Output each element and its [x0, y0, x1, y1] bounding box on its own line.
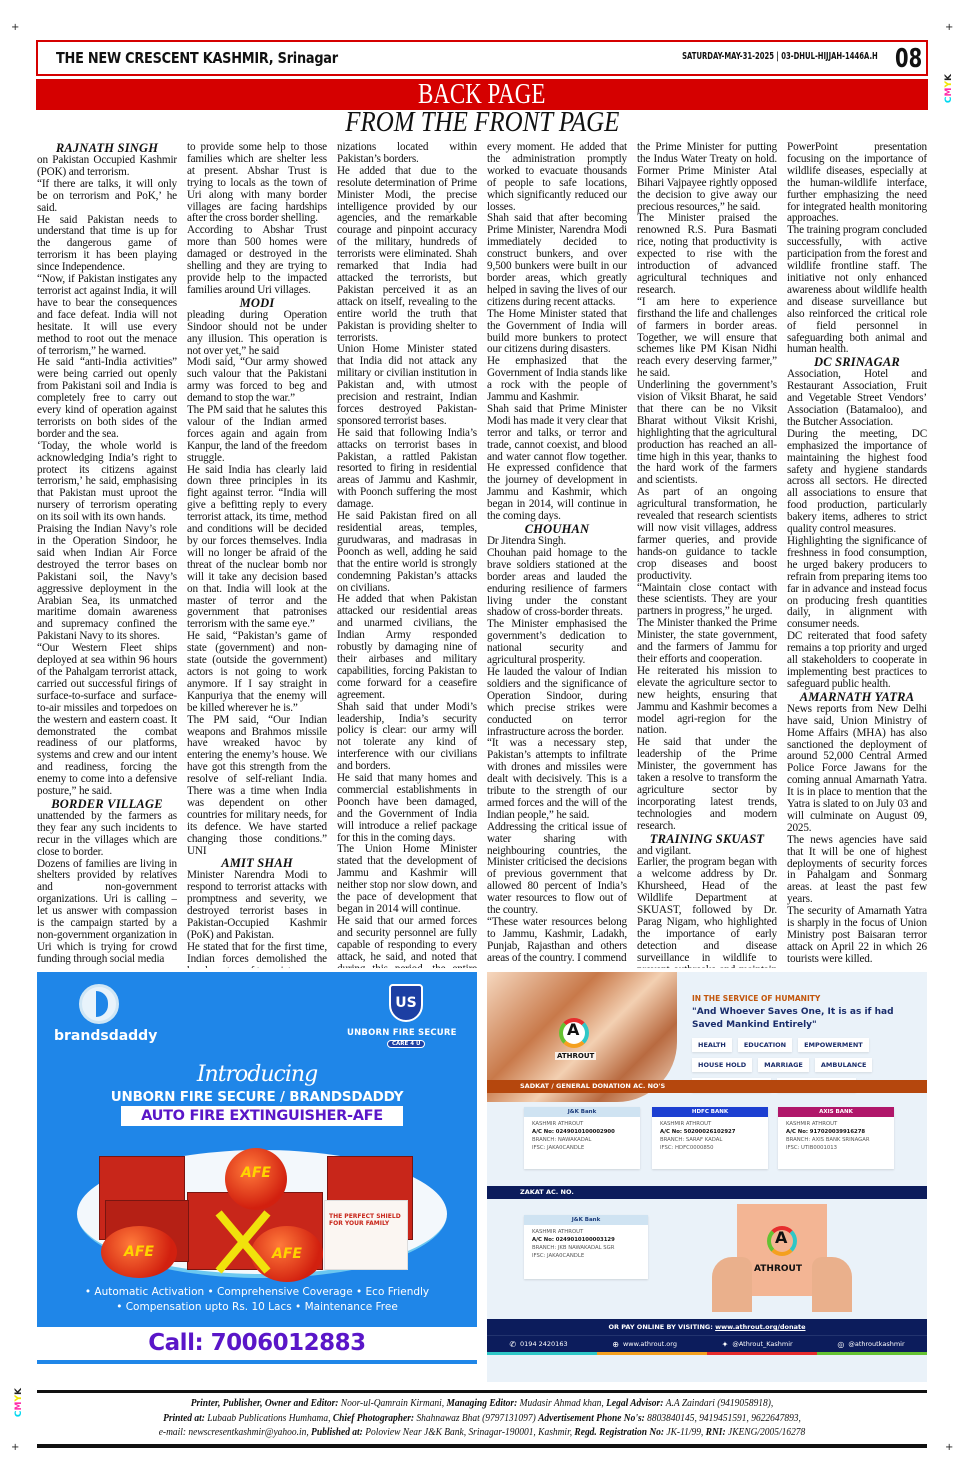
- article-paragraph: He said that under the leadership of the…: [637, 737, 777, 832]
- article-paragraph: Association, Hotel and Restaurant Associ…: [787, 369, 927, 429]
- imprint-value: JKENG/2005/16278: [728, 1426, 805, 1438]
- service-chip: EDUCATION: [738, 1038, 792, 1052]
- fire-ball-icon: AFE: [251, 1226, 323, 1282]
- unborn-fire-secure-tagline: CARE 4 U: [387, 1040, 425, 1048]
- donate-link[interactable]: www.athrout.org/donate: [715, 1323, 805, 1331]
- globe-icon: ⊕: [612, 1340, 619, 1349]
- article-paragraph: Shah said that after becoming Prime Mini…: [487, 213, 627, 308]
- article-paragraph: Union Home Minister stated that India di…: [337, 344, 477, 427]
- account-name: KASHMIR ATHROUT: [786, 1120, 886, 1128]
- article-paragraph: He lauded the valour of Indian soldiers …: [487, 667, 627, 738]
- article-paragraph: Shah said that under Modi’s leadership, …: [337, 702, 477, 773]
- ad-intro-script: Introducing: [37, 1062, 477, 1087]
- column-5: the Prime Minister for putting the Indus…: [637, 142, 777, 968]
- article-subheading: BORDER VILLAGE: [37, 798, 177, 811]
- contact-phone[interactable]: ✆0194 2420163: [509, 1340, 567, 1349]
- ad-brand-line: UNBORN FIRE SECURE / BRANDSDADDY: [37, 1089, 477, 1105]
- article-paragraph: Dozens of families are living in shelter…: [37, 859, 177, 966]
- article-paragraph: to provide some help to those families w…: [187, 142, 327, 225]
- article-paragraph: “Now, if Pakistan instigates any terrori…: [37, 274, 177, 357]
- article-paragraph: “Our Western Fleet ships deployed at sea…: [37, 643, 177, 798]
- article-paragraph: He reiterated his mission to elevate the…: [637, 666, 777, 737]
- registration-mark-top-left: +: [11, 23, 19, 33]
- hand-right-image: [812, 1257, 852, 1312]
- imprint-value: 8803840145, 9419451591, 9622647893,: [647, 1412, 801, 1424]
- cmyk-color-bar-bottom: CMYK: [15, 1388, 24, 1417]
- article-paragraph: The PM said that he salutes this valour …: [187, 405, 327, 465]
- imprint-label: Managing Editor:: [447, 1397, 520, 1409]
- article-paragraph: He said that many homes and commercial e…: [337, 773, 477, 844]
- cmyk-c: C: [944, 96, 954, 103]
- sadkat-heading: SADKAT / GENERAL DONATION AC. NO'S: [487, 1080, 927, 1093]
- ad-bottom-bar: [37, 1360, 477, 1364]
- article-subheading: AMARNATH YATRA: [787, 691, 927, 704]
- registration-mark-top-right: +: [945, 23, 953, 33]
- article-paragraph: every moment. He added that the administ…: [487, 142, 627, 213]
- service-chip: EMPOWERMENT: [798, 1038, 869, 1052]
- cmyk-m: M: [14, 1402, 24, 1411]
- account-ifsc: IFSC: HDFC0000850: [660, 1144, 760, 1152]
- article-paragraph: Shah said that Prime Minister Modi has m…: [487, 404, 627, 523]
- article-paragraph: The Minister thanked the Prime Minister,…: [637, 618, 777, 666]
- article-paragraph: He said “anti-India activities” were bei…: [37, 357, 177, 440]
- cmyk-y: Y: [14, 1395, 24, 1402]
- imprint-line-1: Printer, Publisher, Owner and Editor: No…: [99, 1396, 864, 1411]
- article-paragraph: He emphasized that the Government of Ind…: [487, 356, 627, 404]
- bank-card-axis: AXIS BANK KASHMIR ATHROUT A/C No: 917020…: [778, 1107, 894, 1169]
- imprint-line-2: Printed at: Lubaab Publications Humhama,…: [99, 1411, 864, 1426]
- article-paragraph: “If there are talks, it will only be on …: [37, 179, 177, 215]
- contact-website[interactable]: ⊕www.athrout.org: [612, 1340, 677, 1349]
- article-paragraph: The PM said, “Our Indian weapons and Bra…: [187, 715, 327, 858]
- article-subheading: MODI: [187, 297, 327, 310]
- contact-website-text: www.athrout.org: [623, 1340, 677, 1348]
- contact-instagram-text: @athroutkashmir: [848, 1340, 904, 1348]
- account-ifsc: IFSC: JAKA0CANDLE: [532, 1144, 632, 1152]
- article-paragraph: The Minister emphasised the government’s…: [487, 619, 627, 667]
- article-paragraph: DC reiterated that food safety remains a…: [787, 631, 927, 691]
- article-paragraph: Highlighting the significance of freshne…: [787, 536, 927, 631]
- cmyk-k: K: [14, 1388, 24, 1395]
- account-branch: BRANCH: SARAF KADAL: [660, 1136, 760, 1144]
- column-4: every moment. He added that the administ…: [487, 142, 627, 968]
- contact-twitter-text: @Athrout_Kashmir: [732, 1340, 792, 1348]
- athrout-logo-letter: A: [775, 1228, 787, 1247]
- imprint-value: Shahnawaz Bhat (9797131097): [416, 1412, 538, 1424]
- article-paragraph: The Minister praised the renowned R.S. P…: [637, 213, 777, 296]
- service-chip: HOUSE HOLD: [692, 1058, 752, 1072]
- advertisement-athrout-donation[interactable]: A ATHROUT IN THE SERVICE OF HUMANITY "An…: [487, 972, 927, 1382]
- contact-phone-text: 0194 2420163: [520, 1340, 568, 1348]
- imprint-value: A.A Zaindari (9419058918),: [666, 1397, 774, 1409]
- imprint-label: Published at:: [311, 1426, 365, 1438]
- ad-features-line-2: • Compensation upto Rs. 10 Lacs • Mainte…: [37, 1300, 477, 1315]
- section-subtitle-wrap: FROM THE FRONT PAGE: [0, 107, 964, 137]
- registration-mark-bottom-left: +: [11, 1443, 19, 1453]
- page-number: 08: [895, 42, 922, 76]
- imprint-value: e-mail: newscresentkashmir@yahoo.in,: [159, 1426, 311, 1438]
- article-paragraph: PowerPoint presentation focusing on the …: [787, 142, 927, 225]
- article-paragraph: News reports from New Delhi have said, U…: [787, 704, 927, 835]
- column-3: nizations located within Pakistan’s bord…: [337, 142, 477, 968]
- article-paragraph: The Home Minister stated that the Govern…: [487, 309, 627, 357]
- ad-features: • Automatic Activation • Comprehensive C…: [37, 1285, 477, 1315]
- fire-ball-icon: AFE: [101, 1226, 177, 1278]
- article-paragraph: He added that when Pakistan attacked our…: [337, 594, 477, 701]
- advertisement-fire-extinguisher[interactable]: brandsdaddy US UNBORN FIRE SECURE CARE 4…: [37, 972, 477, 1378]
- color-stripe: [487, 1352, 927, 1355]
- athrout-logo-letter: A: [567, 1020, 579, 1039]
- athrout-logo-text: ATHROUT: [555, 1052, 596, 1060]
- article-paragraph: During the meeting, DC emphasized the im…: [787, 429, 927, 536]
- cmyk-c: C: [14, 1410, 24, 1417]
- article-paragraph: He said that our armed forces and securi…: [337, 916, 477, 968]
- article-paragraph: unattended by the farmers as they fear a…: [37, 811, 177, 859]
- article-paragraph: As part of an ongoing agricultural trans…: [637, 487, 777, 582]
- article-paragraph: According to Abshar Trust more than 500 …: [187, 225, 327, 296]
- imprint-label: Regd. Registration No:: [574, 1426, 666, 1438]
- column-2: to provide some help to those families w…: [187, 142, 327, 968]
- unborn-fire-secure-name: UNBORN FIRE SECURE: [347, 1028, 457, 1038]
- article-paragraph: Modi said, “Our army showed such valour …: [187, 357, 327, 405]
- registration-mark-bottom-right: +: [945, 1443, 953, 1453]
- column-6: PowerPoint presentation focusing on the …: [787, 142, 927, 968]
- cmyk-y: Y: [944, 81, 954, 88]
- pay-online-bar: OR PAY ONLINE BY VISITING: www.athrout.o…: [487, 1319, 927, 1335]
- contact-twitter[interactable]: ✦@Athrout_Kashmir: [722, 1340, 793, 1349]
- imprint-line-3: e-mail: newscresentkashmir@yahoo.in, Pub…: [99, 1425, 864, 1440]
- family-box-icon: THE PERFECT SHIELD FOR YOUR FAMILY: [324, 1200, 408, 1270]
- article-paragraph: He stated that for the first time, India…: [187, 942, 327, 968]
- imprint-value: Noor-ul-Qamrain Kirmani,: [341, 1397, 447, 1409]
- cmyk-color-bar-top: CMYK: [945, 74, 954, 103]
- account-number: A/C No: 917020039916278: [786, 1128, 886, 1136]
- article-paragraph: The training program concluded successfu…: [787, 225, 927, 356]
- imprint-label: Chief Photographer:: [333, 1412, 417, 1424]
- service-chip: MARRIAGE: [758, 1058, 809, 1072]
- article-paragraph: the Prime Minister for putting the Indus…: [637, 142, 777, 213]
- account-branch: BRANCH: AXIS BANK SRINAGAR: [786, 1136, 886, 1144]
- pay-online-label: OR PAY ONLINE BY VISITING:: [608, 1323, 712, 1331]
- bank-card-jk: J&K Bank KASHMIR ATHROUT A/C No: 0249010…: [524, 1107, 640, 1169]
- ad-product-name: AUTO FIRE EXTINGUISHER-AFE: [121, 1106, 403, 1126]
- bank-header-hdfc: HDFC BANK: [652, 1107, 768, 1117]
- article-paragraph: Praising the Indian Navy’s role in the O…: [37, 524, 177, 643]
- imprint-value: Poloview Near J&K Bank, Srinagar-190001,…: [365, 1426, 574, 1438]
- cmyk-m: M: [944, 88, 954, 97]
- newspaper-name: THE NEW CRESCENT KASHMIR, Srinagar: [56, 49, 338, 67]
- hand-left-image: [712, 1257, 752, 1312]
- ad-features-line-1: • Automatic Activation • Comprehensive C…: [37, 1285, 477, 1300]
- imprint-label: Printer, Publisher, Owner and Editor:: [191, 1397, 341, 1409]
- ad-call-number[interactable]: Call: 7006012883: [37, 1328, 477, 1358]
- bank-header-jk: J&K Bank: [524, 1107, 640, 1117]
- athrout-quote: "And Whoever Saves One, It is as if had …: [692, 1006, 917, 1032]
- article-paragraph: He said India has clearly laid down thre…: [187, 465, 327, 632]
- brandsdaddy-logo-icon: [79, 984, 119, 1024]
- cmyk-k: K: [944, 74, 954, 81]
- column-1: RAJNATH SINGHon Pakistan Occupied Kashmi…: [37, 142, 177, 968]
- article-paragraph: “I am here to experience firsthand the l…: [637, 297, 777, 380]
- article-paragraph: The Union Home Minister stated that the …: [337, 844, 477, 915]
- service-chip: HEALTH: [692, 1038, 732, 1052]
- bank-header-axis: AXIS BANK: [778, 1107, 894, 1117]
- masthead: THE NEW CRESCENT KASHMIR, Srinagar SATUR…: [36, 40, 928, 76]
- account-ifsc: IFSC: JAKA0CANDLE: [532, 1252, 640, 1260]
- phone-icon: ✆: [509, 1340, 516, 1349]
- article-paragraph: Addressing the critical issue of water s…: [487, 822, 627, 917]
- athrout-kicker: IN THE SERVICE OF HUMANITY: [692, 994, 820, 1003]
- account-name: KASHMIR ATHROUT: [532, 1120, 632, 1128]
- article-paragraph: pleading during Operation Sindoor should…: [187, 310, 327, 358]
- article-columns: RAJNATH SINGHon Pakistan Occupied Kashmi…: [37, 142, 927, 968]
- bank-card-hdfc: HDFC BANK KASHMIR ATHROUT A/C No: 502000…: [652, 1107, 768, 1169]
- imprint-value: Mudasir Ahmad khan,: [520, 1397, 607, 1409]
- twitter-icon: ✦: [722, 1340, 729, 1349]
- imprint-label: Printed at:: [163, 1412, 207, 1424]
- article-paragraph: Minister Narendra Modi to respond to ter…: [187, 870, 327, 941]
- contact-bar: ✆0194 2420163 ⊕www.athrout.org ✦@Athrout…: [487, 1335, 927, 1352]
- instagram-icon: ◎: [837, 1340, 844, 1349]
- article-paragraph: Underlining the government’s vision of V…: [637, 380, 777, 487]
- article-paragraph: “It was a necessary step, Pakistan’s att…: [487, 738, 627, 821]
- imprint-label: Advertisement Phone No's:: [538, 1412, 647, 1424]
- service-chip: AMBULANCE: [815, 1058, 873, 1072]
- brandsdaddy-name: brandsdaddy: [54, 1028, 157, 1044]
- account-branch: BRANCH: JKB NAWAKADAL SGR: [532, 1244, 640, 1252]
- article-paragraph: The news agencies have said that It will…: [787, 835, 927, 906]
- article-paragraph: “Maintain close contact with these scien…: [637, 583, 777, 619]
- article-paragraph: “These water resources belong to Jammu, …: [487, 917, 627, 965]
- article-paragraph: Earlier, the program began with a welcom…: [637, 857, 777, 968]
- article-paragraph: He said, “Pakistan’s game of state (gove…: [187, 631, 327, 714]
- article-paragraph: He added that due to the resolute determ…: [337, 166, 477, 345]
- shield-logo-icon: US: [389, 984, 423, 1022]
- section-subtitle: FROM THE FRONT PAGE: [345, 107, 619, 137]
- zakat-heading: ZAKAT AC. NO.: [487, 1186, 927, 1199]
- imprint-value: JK-11/99,: [666, 1426, 705, 1438]
- account-ifsc: IFSC: UTIB0001013: [786, 1144, 886, 1152]
- article-paragraph: He said Pakistan fired on all residentia…: [337, 511, 477, 594]
- article-paragraph: nizations located within Pakistan’s bord…: [337, 142, 477, 166]
- imprint-label: Legal Advisor:: [606, 1397, 666, 1409]
- account-number: A/C No: 0249010100002900: [532, 1128, 632, 1136]
- article-subheading: TRAINING SKUAST: [637, 833, 777, 846]
- article-paragraph: on Pakistan Occupied Kashmir (POK) and t…: [37, 155, 177, 179]
- imprint-value: Lubaab Publications Humhama,: [207, 1412, 333, 1424]
- bank-card-zakat-jk: J&K Bank KASHMIR ATHROUT A/C No: 0249010…: [524, 1215, 648, 1279]
- athrout-placard-text: ATHROUT: [754, 1264, 802, 1274]
- article-paragraph: He said Pakistan needs to understand tha…: [37, 215, 177, 275]
- article-paragraph: Chouhan paid homage to the brave soldier…: [487, 548, 627, 619]
- account-name: KASHMIR ATHROUT: [660, 1120, 760, 1128]
- article-paragraph: The security of Amarnath Yatra is sharpl…: [787, 906, 927, 966]
- imprint-footer: Printer, Publisher, Owner and Editor: No…: [37, 1390, 927, 1448]
- issue-date: SATURDAY-MAY-31-2025 | 03-DHUL-HIJJAH-14…: [682, 51, 878, 62]
- account-number: A/C No: 0249010100003129: [532, 1236, 640, 1244]
- article-paragraph: He said that following India’s attacks o…: [337, 428, 477, 511]
- account-number: A/C No: 50200026102927: [660, 1128, 760, 1136]
- contact-instagram[interactable]: ◎@athroutkashmir: [837, 1340, 904, 1349]
- imprint-label: RNI:: [706, 1426, 728, 1438]
- account-name: KASHMIR ATHROUT: [532, 1228, 640, 1236]
- fire-ball-icon: AFE: [225, 1148, 287, 1210]
- article-paragraph: ‘Today, the whole world is acknowledging…: [37, 441, 177, 524]
- bank-header-jk: J&K Bank: [524, 1215, 648, 1225]
- account-branch: BRANCH: NAWAKADAL: [532, 1136, 632, 1144]
